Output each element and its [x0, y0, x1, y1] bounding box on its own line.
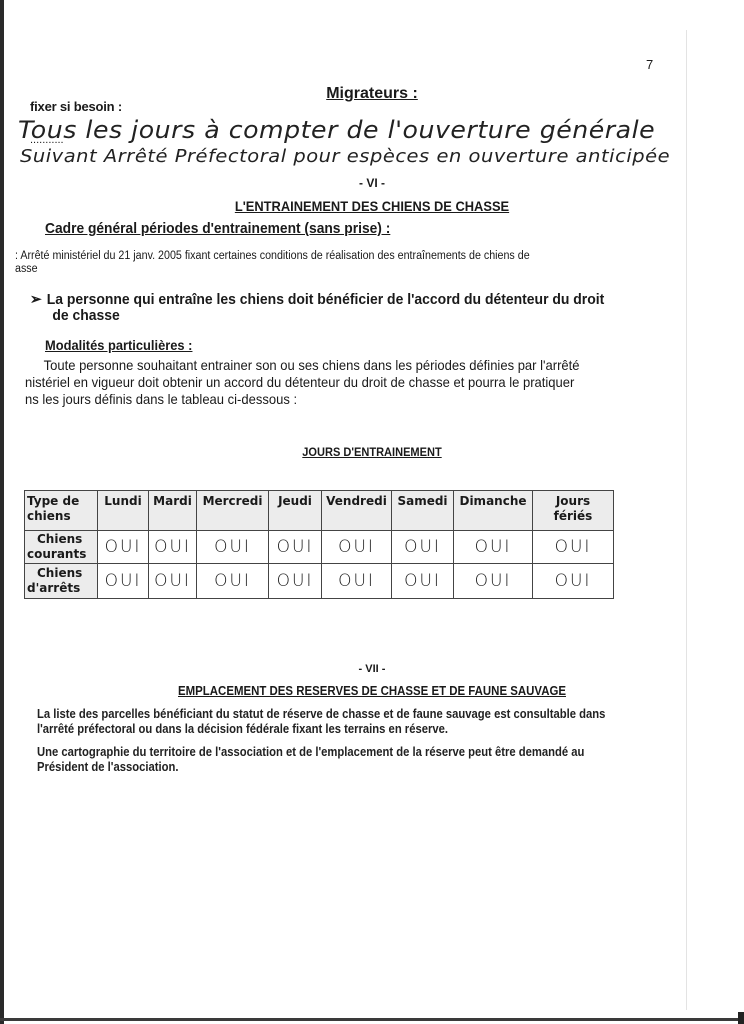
training-days-table-title: JOURS D'ENTRAINEMENT [30, 445, 714, 459]
cell-courants-mardi: OUI [149, 531, 197, 564]
accord-bullet: ➢La personne qui entraîne les chiens doi… [30, 292, 604, 324]
cell-courants-mercredi: OUI [197, 531, 269, 564]
column-header-dimanche: Dimanche [454, 491, 533, 531]
handwritten-oui: OUI [338, 537, 375, 557]
handwritten-oui: OUI [475, 537, 512, 557]
scan-corner-mark [738, 1012, 744, 1024]
cell-courants-dimanche: OUI [454, 531, 533, 564]
handwritten-line-1: Tous les jours à compter de l'ouverture … [18, 116, 655, 144]
column-header-mercredi: Mercredi [197, 491, 269, 531]
fill-dots: ........... [30, 134, 64, 146]
handwritten-oui: OUI [475, 571, 512, 591]
bullet-line-2: de chasse [30, 308, 604, 324]
cadre-general-heading: Cadre général périodes d'entrainement (s… [45, 220, 390, 237]
scan-edge-bottom [0, 1018, 744, 1021]
handwritten-oui: OUI [277, 571, 314, 591]
column-header-vendredi: Vendredi [322, 491, 392, 531]
section-7-numeral: - VII - [0, 663, 744, 675]
handwritten-oui: OUI [338, 571, 375, 591]
arrete-line-2: asse [15, 263, 530, 276]
fixer-label: fixer si besoin : [30, 99, 122, 114]
cell-arrets-samedi: OUI [392, 564, 454, 599]
cell-courants-samedi: OUI [392, 531, 454, 564]
para1-line-1: La liste des parcelles bénéficiant du st… [37, 707, 605, 722]
handwritten-oui: OUI [555, 537, 592, 557]
column-header-type: Type de chiens [25, 491, 98, 531]
cell-arrets-lundi: OUI [98, 564, 149, 599]
table-row: Chiens courants OUI OUI OUI OUI OUI OUI … [25, 531, 614, 564]
row-label-line-1: Chiens [27, 566, 97, 581]
cell-arrets-feries: OUI [533, 564, 614, 599]
modalites-heading: Modalités particulières : [45, 337, 192, 353]
column-header-mardi: Mardi [149, 491, 197, 531]
row-header-chiens-arrets: Chiens d'arrêts [25, 564, 98, 599]
handwritten-oui: OUI [555, 571, 592, 591]
para2-line-1: Une cartographie du territoire de l'asso… [37, 745, 584, 760]
modalites-paragraph: Toute personne souhaitant entrainer son … [25, 357, 580, 408]
row-label-line-2: d'arrêts [27, 581, 97, 596]
handwritten-oui: OUI [154, 571, 191, 591]
modalites-line-3: ns les jours définis dans le tableau ci-… [25, 391, 580, 408]
section-6-title: L'ENTRAINEMENT DES CHIENS DE CHASSE [30, 198, 714, 214]
row-label-line-1: Chiens [27, 532, 97, 547]
handwritten-line-2: Suivant Arrêté Préfectoral pour espèces … [20, 146, 670, 167]
para1-line-2: l'arrêté préfectoral ou dans la décision… [37, 722, 605, 737]
arrow-bullet-icon: ➢ [30, 292, 47, 308]
handwritten-oui: OUI [105, 537, 142, 557]
corner-header-line-2: chiens [27, 509, 97, 524]
column-header-jeudi: Jeudi [269, 491, 322, 531]
reserves-paragraph-2: Une cartographie du territoire de l'asso… [37, 745, 584, 775]
handwritten-oui: OUI [105, 571, 142, 591]
arrete-reference: : Arrêté ministériel du 21 janv. 2005 fi… [15, 250, 530, 276]
cell-courants-jeudi: OUI [269, 531, 322, 564]
handwritten-oui: OUI [154, 537, 191, 557]
handwritten-oui: OUI [404, 537, 441, 557]
cell-courants-feries: OUI [533, 531, 614, 564]
cell-arrets-jeudi: OUI [269, 564, 322, 599]
modalites-line-2: nistériel en vigueur doit obtenir un acc… [25, 374, 580, 391]
cell-arrets-mercredi: OUI [197, 564, 269, 599]
cell-arrets-vendredi: OUI [322, 564, 392, 599]
table-header-row: Type de chiens Lundi Mardi Mercredi Jeud… [25, 491, 614, 531]
arrete-line-1: : Arrêté ministériel du 21 janv. 2005 fi… [15, 250, 530, 263]
corner-header-line-1: Type de [27, 494, 97, 509]
cell-arrets-dimanche: OUI [454, 564, 533, 599]
scan-edge-left [0, 0, 4, 1024]
handwritten-oui: OUI [404, 571, 441, 591]
column-header-lundi: Lundi [98, 491, 149, 531]
modalites-line-1: Toute personne souhaitant entrainer son … [25, 357, 580, 374]
handwritten-oui: OUI [277, 537, 314, 557]
para2-line-2: Président de l'association. [37, 760, 584, 775]
row-header-chiens-courants: Chiens courants [25, 531, 98, 564]
training-days-table: Type de chiens Lundi Mardi Mercredi Jeud… [24, 490, 614, 599]
column-header-jours-feries: Jours fériés [533, 491, 614, 531]
handwritten-oui: OUI [214, 571, 251, 591]
reserves-paragraph-1: La liste des parcelles bénéficiant du st… [37, 707, 605, 737]
table-row: Chiens d'arrêts OUI OUI OUI OUI OUI OUI … [25, 564, 614, 599]
cell-courants-lundi: OUI [98, 531, 149, 564]
row-label-line-2: courants [27, 547, 97, 562]
handwritten-oui: OUI [214, 537, 251, 557]
cell-arrets-mardi: OUI [149, 564, 197, 599]
page-number: 7 [646, 57, 653, 72]
column-header-samedi: Samedi [392, 491, 454, 531]
section-7-title: EMPLACEMENT DES RESERVES DE CHASSE ET DE… [45, 683, 700, 698]
cell-courants-vendredi: OUI [322, 531, 392, 564]
bullet-line-1: La personne qui entraîne les chiens doit… [47, 291, 605, 308]
section-6-numeral: - VI - [0, 176, 744, 190]
